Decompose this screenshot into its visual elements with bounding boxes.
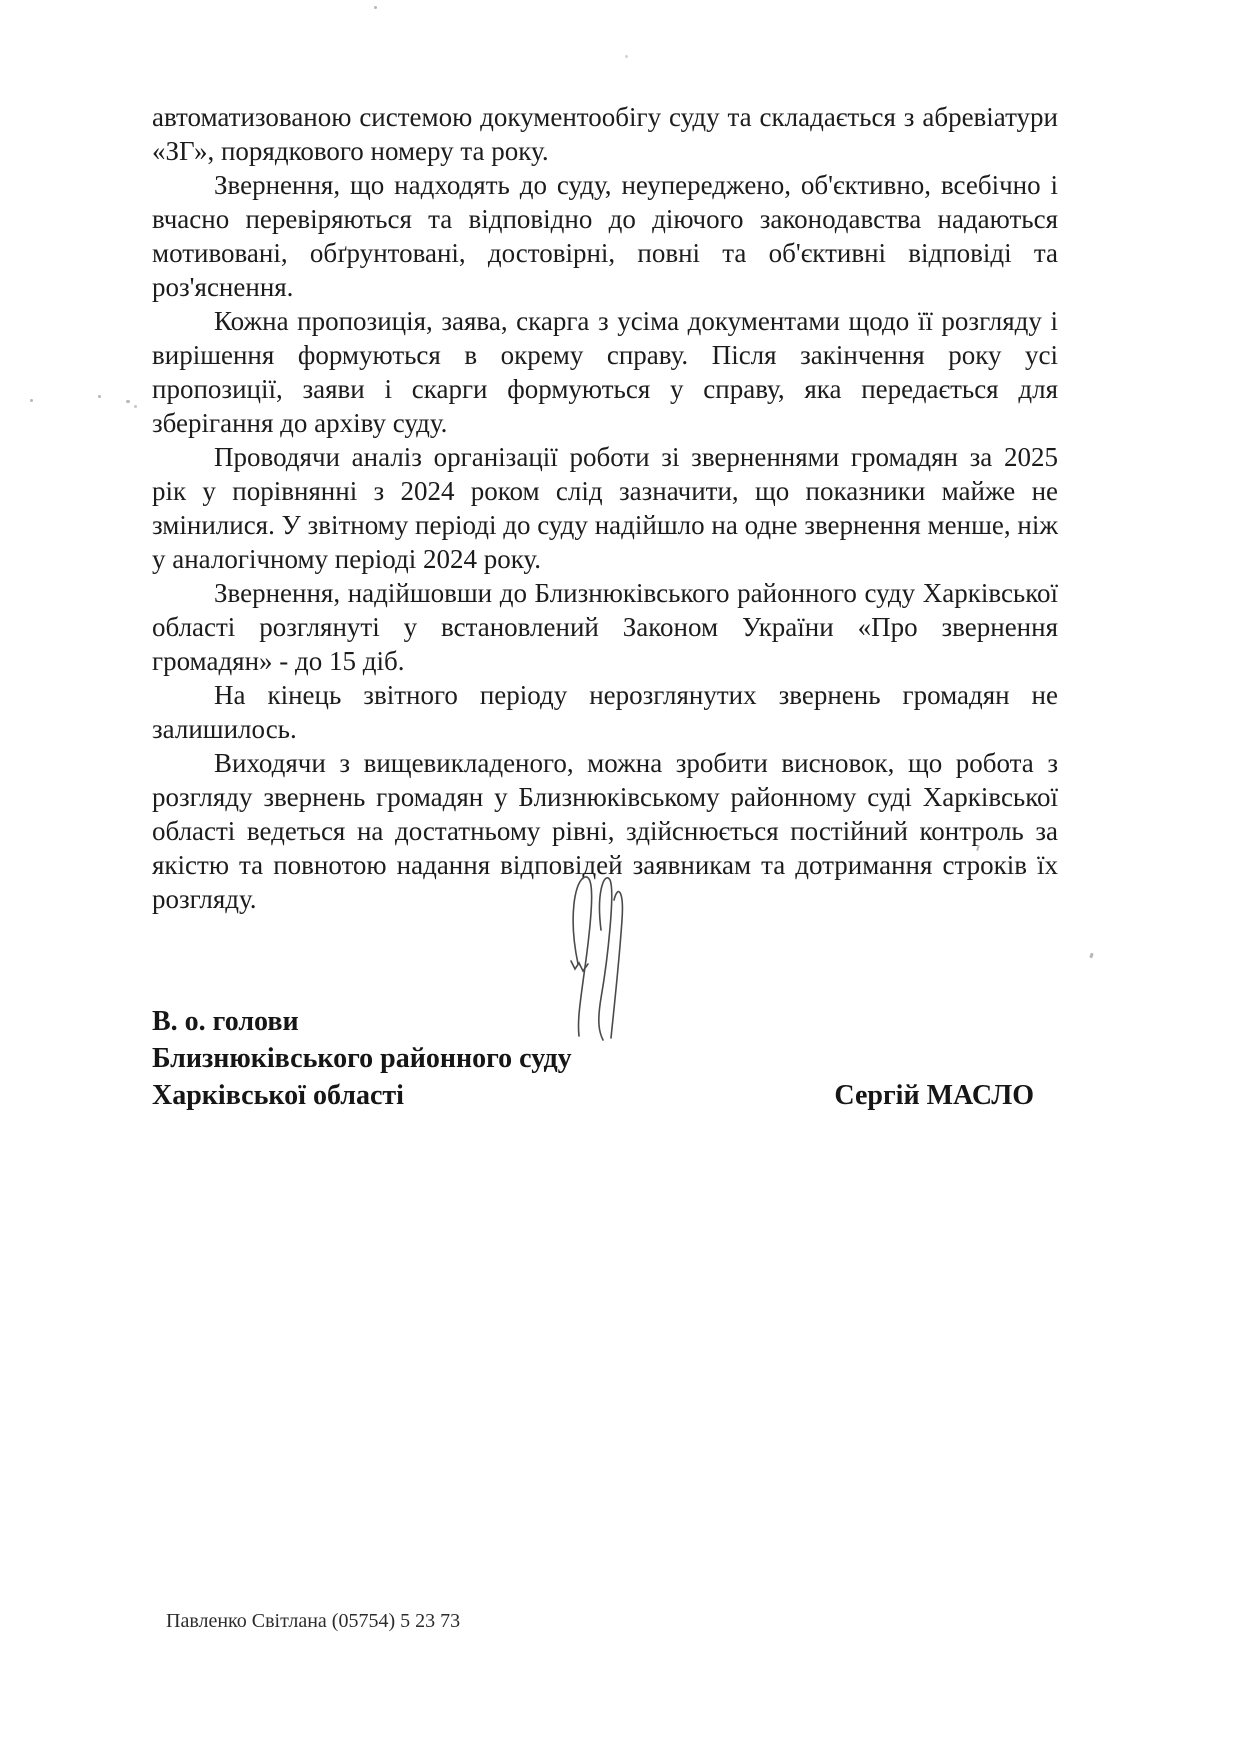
signer-position-line: Близнюківського районного суду [152,1040,1058,1077]
body-paragraph: Кожна пропозиція, заява, скарга з усіма … [152,304,1058,440]
scan-speck [374,6,377,9]
body-paragraph: Звернення, що надходять до суду, неупере… [152,168,1058,304]
scan-speck [1089,953,1094,959]
body-paragraph: Проводячи аналіз організації роботи зі з… [152,440,1058,576]
body-paragraph: Звернення, надійшовши до Близнюківського… [152,576,1058,678]
body-paragraph: На кінець звітного періоду нерозглянутих… [152,678,1058,746]
signer-name: Сергій МАСЛО [834,1077,1034,1114]
handwritten-signature [548,866,640,1042]
scan-speck [30,399,33,402]
scan-speck [98,395,101,398]
executor-contact: Павленко Світлана (05754) 5 23 73 [166,1610,460,1633]
scan-speck [126,400,130,403]
document-body: автоматизованою системою документообігу … [152,100,1058,916]
body-paragraph: автоматизованою системою документообігу … [152,100,1058,168]
scan-speck [625,55,628,58]
scanned-document-page: автоматизованою системою документообігу … [0,0,1240,1754]
scan-speck [134,405,137,408]
